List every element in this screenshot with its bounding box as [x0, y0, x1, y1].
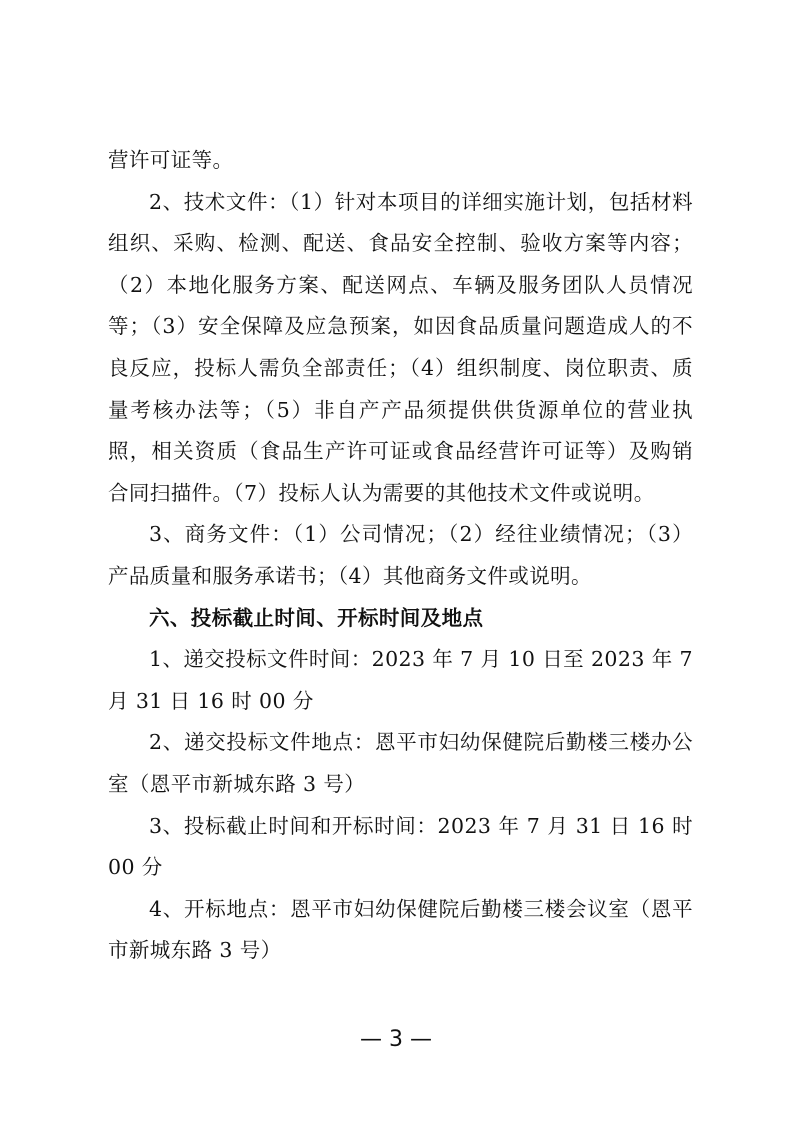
section-item-submission-time: 1、递交投标文件时间：2023 年 7 月 10 日至 2023 年 7 月 3…	[108, 639, 693, 722]
document-page: 营许可证等。 2、技术文件：（1）针对本项目的详细实施计划，包括材料组织、采购、…	[108, 140, 693, 972]
section-item-opening-location: 4、开标地点：恩平市妇幼保健院后勤楼三楼会议室（恩平市新城东路 3 号）	[108, 889, 693, 972]
page-number: — 3 —	[0, 1025, 792, 1055]
paragraph-continuation: 营许可证等。	[108, 140, 693, 182]
paragraph-business-documents: 3、商务文件：（1）公司情况；（2）经往业绩情况；（3）产品质量和服务承诺书；（…	[108, 514, 693, 597]
section-heading: 六、投标截止时间、开标时间及地点	[108, 598, 693, 640]
section-item-submission-location: 2、递交投标文件地点：恩平市妇幼保健院后勤楼三楼办公室（恩平市新城东路 3 号）	[108, 722, 693, 805]
section-item-deadline-opening-time: 3、投标截止时间和开标时间：2023 年 7 月 31 日 16 时 00 分	[108, 806, 693, 889]
paragraph-technical-documents: 2、技术文件：（1）针对本项目的详细实施计划，包括材料组织、采购、检测、配送、食…	[108, 182, 693, 515]
